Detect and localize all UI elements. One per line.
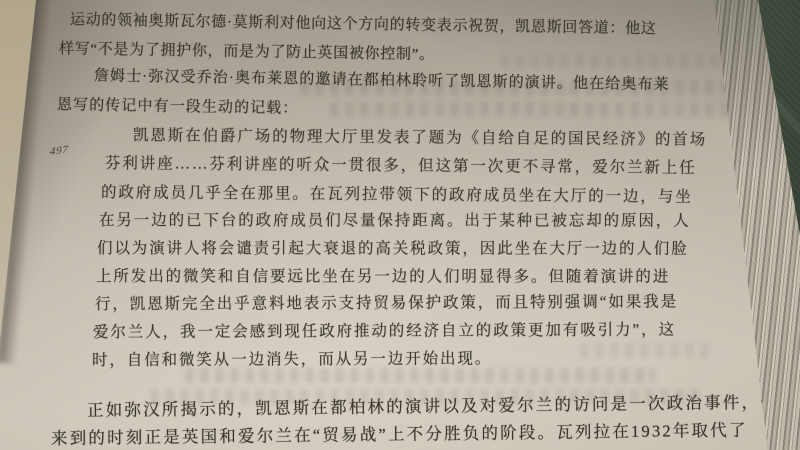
text-line: 样写“不是为了拥护你，而是为了防止英国被你控制”。: [59, 37, 435, 64]
ink-bleedthrough: [500, 54, 725, 69]
quote-line: 在另一边的已下台的政府成员们尽量保持距离。出于某种已被忘却的原因，人: [99, 208, 691, 231]
quote-line: 凯恩斯在伯爵广场的物理大厅里发表了题为《自给自足的国民经济》的首场: [133, 123, 707, 150]
ink-bleedthrough: [330, 102, 745, 117]
book-page-photo: 497 运动的领袖奥斯瓦尔德·莫斯利对他向这个方向的转变表示祝贺，凯恩斯回答道：…: [0, 0, 800, 450]
ink-bleedthrough: [580, 343, 710, 358]
book-page: 497 运动的领袖奥斯瓦尔德·莫斯利对他向这个方向的转变表示祝贺，凯恩斯回答道：…: [0, 0, 800, 450]
text-line: 来到的时刻正是英国和爱尔兰在“贸易战”上不分胜负的阶段。瓦列拉在1932年取代了: [51, 416, 748, 449]
text-line: 运动的领袖奥斯瓦尔德·莫斯利对他向这个方向的转变表示祝贺，凯恩斯回答道：他这: [70, 8, 657, 38]
quote-line: 芬利讲座……芬利讲座的听众一贯很多，但这第一次更不寻常，爱尔兰新上任: [105, 151, 697, 178]
quote-line: 上所发出的微笑和自信要远比坐在另一边的人们明显得多。但随着演讲的进: [96, 264, 670, 287]
text-line: 恩写的传记中有一段生动的记载：: [57, 93, 299, 118]
quote-line: 行，凯恩斯完全出乎意料地表示支持贸易保护政策，而且特别强调“如果我是: [95, 289, 678, 314]
quote-line: 时，自信和微笑从一边消失，而从另一边开始出现。: [92, 346, 492, 370]
quote-line: 们以为演讲人将会谴责引起大衰退的高关税政策，因此坐在大厅一边的人们脸: [97, 236, 689, 259]
quote-line: 爱尔兰人，我一定会感到现任政府推动的经济自立的政策更加有吸引力”，这: [93, 317, 676, 342]
margin-note: 497: [49, 144, 70, 158]
quote-line: 的政府成员几乎全在那里。在瓦列拉带领下的政府成员坐在大厅的一边，与坐: [101, 180, 693, 207]
ink-bleedthrough: [185, 368, 655, 383]
